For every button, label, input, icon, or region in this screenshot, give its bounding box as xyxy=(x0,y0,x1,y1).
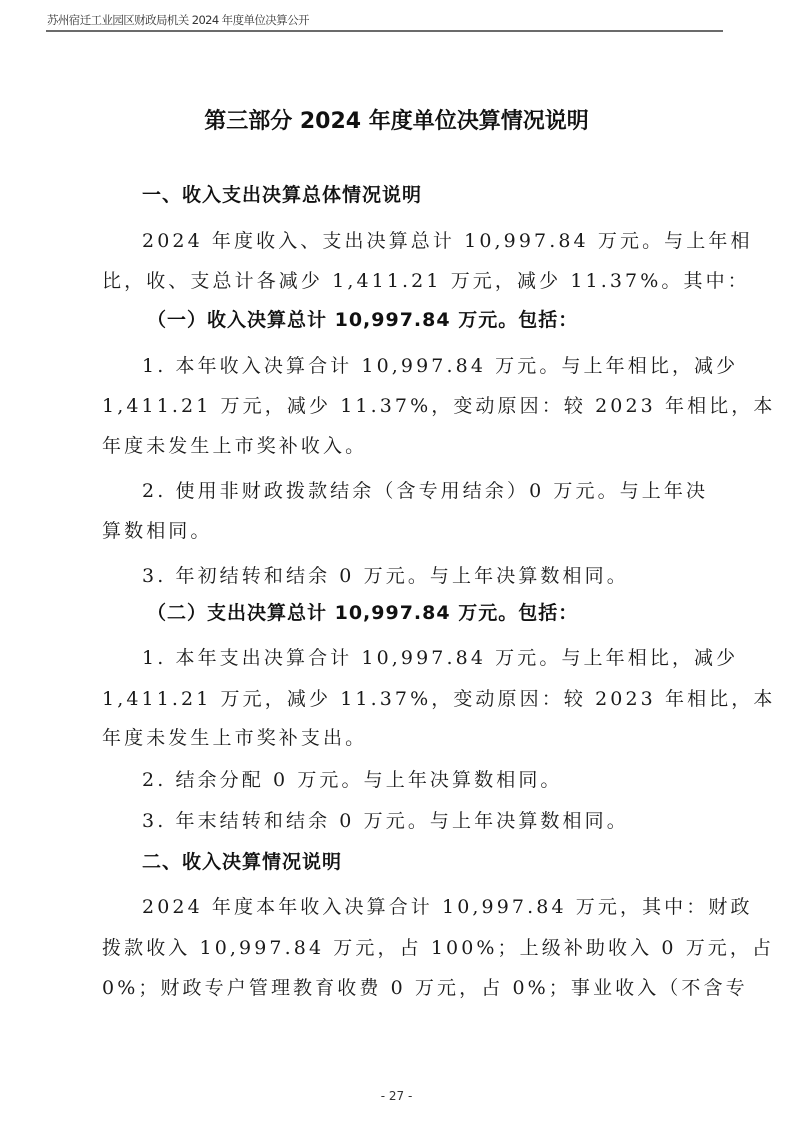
paragraph-line: 年度未发生上市奖补支出。 xyxy=(102,723,367,750)
page-header: 苏州宿迁工业园区财政局机关 2024 年度单位决算公开 xyxy=(46,10,723,32)
paragraph-line: 2. 结余分配 0 万元。与上年决算数相同。 xyxy=(142,765,563,792)
paragraph-line: 年度未发生上市奖补收入。 xyxy=(102,431,367,458)
section-heading-income: 二、收入决算情况说明 xyxy=(142,847,342,874)
paragraph-line: 算数相同。 xyxy=(102,516,213,543)
paragraph-line: 1,411.21 万元，减少 11.37%，变动原因：较 2023 年相比，本 xyxy=(102,391,775,418)
paragraph-line: 1. 本年收入决算合计 10,997.84 万元。与上年相比，减少 xyxy=(142,351,738,378)
paragraph-line: 1,411.21 万元，减少 11.37%，变动原因：较 2023 年相比，本 xyxy=(102,684,775,711)
subheading-expense-total: （二）支出决算总计 10,997.84 万元。包括： xyxy=(147,598,578,625)
paragraph-line: 2024 年度本年收入决算合计 10,997.84 万元，其中：财政 xyxy=(142,892,753,919)
paragraph-line: 拨款收入 10,997.84 万元，占 100%；上级补助收入 0 万元，占 xyxy=(102,933,774,960)
paragraph-line: 2024 年度收入、支出决算总计 10,997.84 万元。与上年相 xyxy=(142,226,753,253)
paragraph-line: 2. 使用非财政拨款结余（含专用结余）0 万元。与上年决 xyxy=(142,476,708,503)
page-title: 第三部分 2024 年度单位决算情况说明 xyxy=(0,104,793,135)
paragraph-line: 3. 年初结转和结余 0 万元。与上年决算数相同。 xyxy=(142,561,629,588)
subheading-income-total: （一）收入决算总计 10,997.84 万元。包括： xyxy=(147,305,578,332)
paragraph-line: 3. 年末结转和结余 0 万元。与上年决算数相同。 xyxy=(142,806,629,833)
page-header-text: 苏州宿迁工业园区财政局机关 2024 年度单位决算公开 xyxy=(47,12,309,28)
paragraph-line: 1. 本年支出决算合计 10,997.84 万元。与上年相比，减少 xyxy=(142,643,738,670)
page-number: - 27 - xyxy=(0,1089,793,1103)
paragraph-line: 0%；财政专户管理教育收费 0 万元，占 0%；事业收入（不含专 xyxy=(102,973,748,1000)
section-heading-overview: 一、收入支出决算总体情况说明 xyxy=(142,180,422,207)
paragraph-line: 比，收、支总计各减少 1,411.21 万元，减少 11.37%。其中： xyxy=(102,266,750,293)
